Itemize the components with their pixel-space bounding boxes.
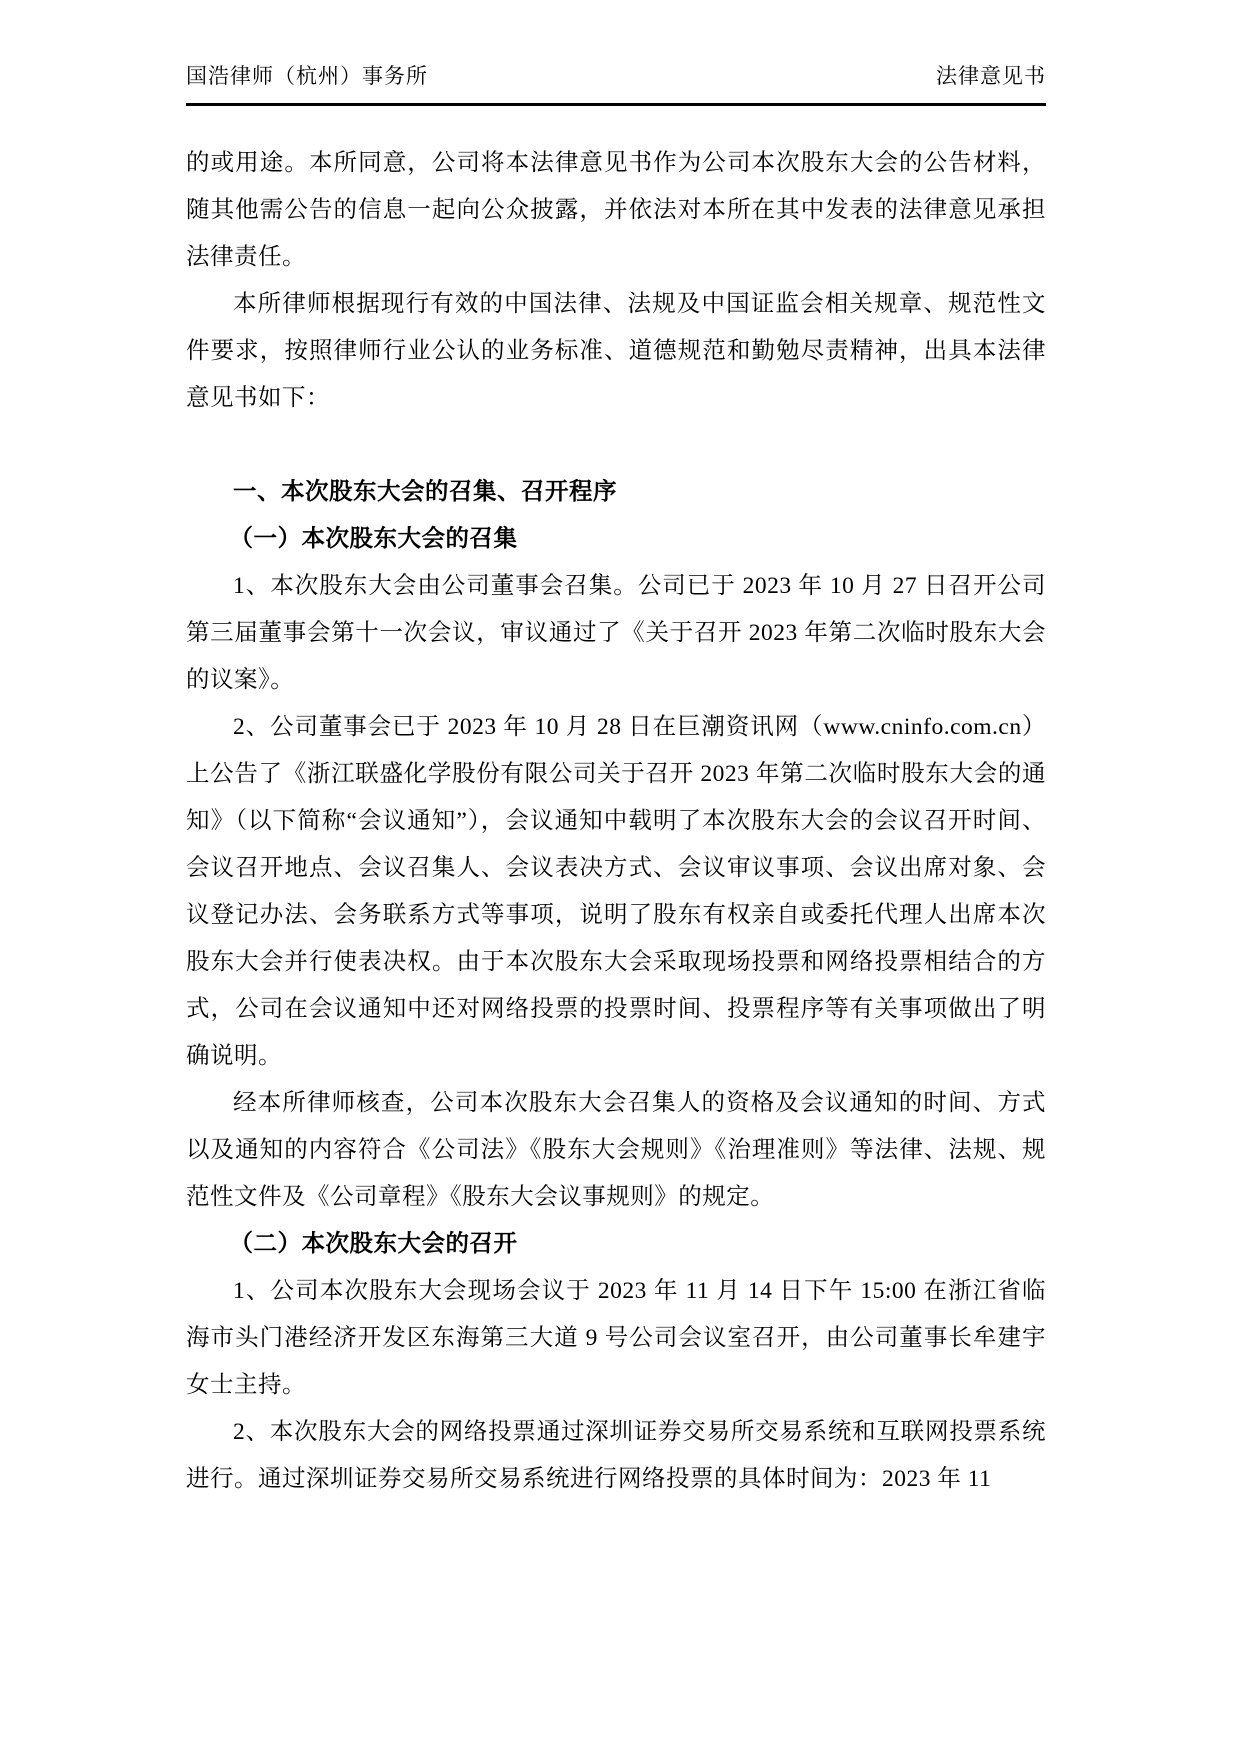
paragraph-convening-item-2: 2、公司董事会已于 2023 年 10 月 28 日在巨潮资讯网（www.cni… — [186, 704, 1046, 1080]
section-heading-1: 一、本次股东大会的召集、召开程序 — [186, 469, 1046, 516]
paragraph-holding-item-2: 2、本次股东大会的网络投票通过深圳证券交易所交易系统和互联网投票系统进行。通过深… — [186, 1409, 1046, 1503]
subsection-heading-holding: （二）本次股东大会的召开 — [186, 1221, 1046, 1268]
law-firm-name: 国浩律师（杭州）事务所 — [186, 62, 428, 90]
paragraph-intro: 本所律师根据现行有效的中国法律、法规及中国证监会相关规章、规范性文件要求，按照律… — [186, 281, 1046, 422]
paragraph-lawyer-verification: 经本所律师核查，公司本次股东大会召集人的资格及会议通知的时间、方式以及通知的内容… — [186, 1080, 1046, 1221]
paragraph-convening-item-1: 1、本次股东大会由公司董事会召集。公司已于 2023 年 10 月 27 日召开… — [186, 563, 1046, 704]
page-header: 国浩律师（杭州）事务所 法律意见书 — [186, 62, 1046, 103]
paragraph-holding-item-1: 1、公司本次股东大会现场会议于 2023 年 11 月 14 日下午 15:00… — [186, 1268, 1046, 1409]
document-page: 国浩律师（杭州）事务所 法律意见书 的或用途。本所同意，公司将本法律意见书作为公… — [0, 0, 1240, 1753]
subsection-heading-convening: （一）本次股东大会的召集 — [186, 516, 1046, 563]
paragraph-continuation: 的或用途。本所同意，公司将本法律意见书作为公司本次股东大会的公告材料，随其他需公… — [186, 140, 1046, 281]
document-body: 的或用途。本所同意，公司将本法律意见书作为公司本次股东大会的公告材料，随其他需公… — [186, 140, 1046, 1503]
header-divider — [186, 103, 1046, 106]
document-type-label: 法律意见书 — [936, 62, 1046, 90]
